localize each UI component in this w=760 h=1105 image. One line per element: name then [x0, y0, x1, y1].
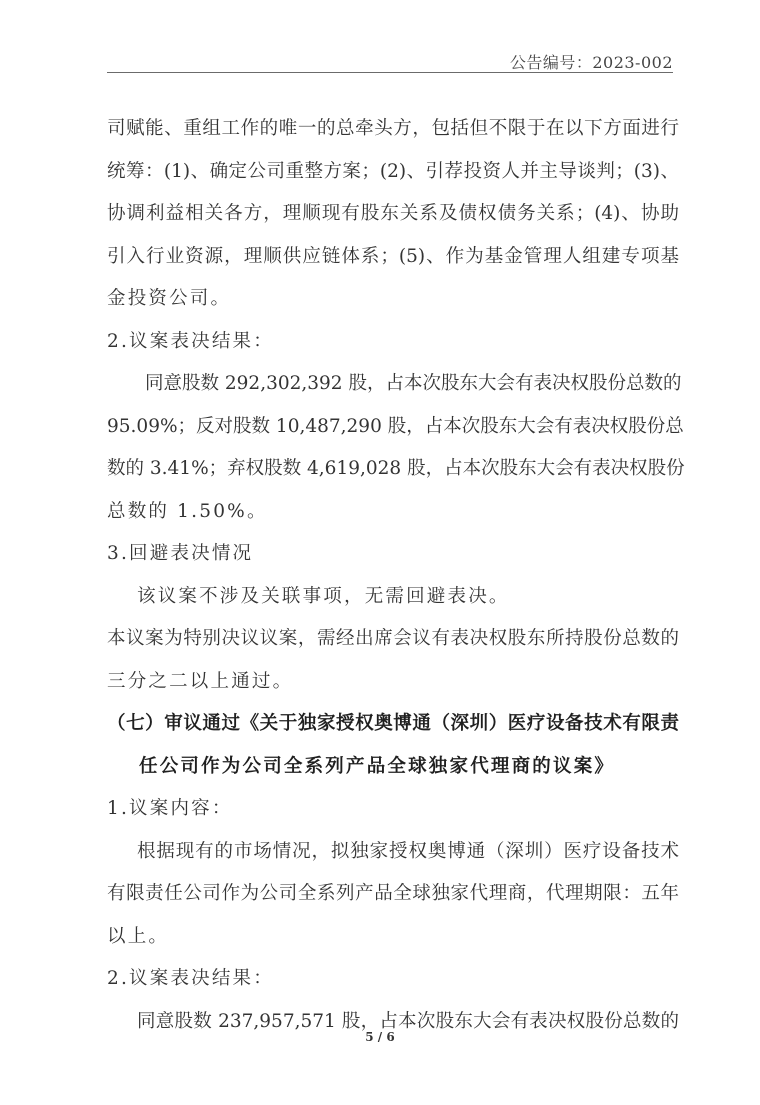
paragraph-line: 统筹：(1)、确定公司重整方案；(2)、引荐投资人并主导谈判；(3)、 [107, 151, 679, 194]
proposal-content-line: 以上。 [107, 916, 679, 959]
proposal-heading-continued: 任公司作为公司全系列产品全球独家代理商的议案》 [107, 746, 679, 789]
special-resolution-line: 本议案为特别决议议案，需经出席会议有表决权股东所持股份总数的 [107, 618, 679, 661]
paragraph-line: 金投资公司。 [107, 278, 679, 321]
page-header: 公告编号：2023-002 [107, 40, 673, 73]
proposal-content-line: 根据现有的市场情况，拟独家授权奥博通（深圳）医疗设备技术 [107, 831, 679, 874]
proposal-content-line: 有限责任公司作为公司全系列产品全球独家代理商，代理期限：五年 [107, 873, 679, 916]
announcement-number: 公告编号：2023-002 [510, 50, 673, 73]
recusal-text: 该议案不涉及关联事项，无需回避表决。 [107, 576, 679, 619]
page-number: 5 / 6 [0, 1030, 760, 1044]
vote-result-line: 数的 3.41%；弃权股数 4,619,028 股，占本次股东大会有表决权股份 [107, 448, 679, 491]
section-label-vote-result: 2.议案表决结果： [107, 321, 679, 364]
section-label-vote-result-2: 2.议案表决结果： [107, 958, 679, 1001]
section-label-proposal-content: 1.议案内容： [107, 788, 679, 831]
document-body: 司赋能、重组工作的唯一的总牵头方，包括但不限于在以下方面进行 统筹：(1)、确定… [107, 108, 679, 1043]
paragraph-line: 协调利益相关各方，理顺现有股东关系及债权债务关系；(4)、协助 [107, 193, 679, 236]
proposal-heading: （七）审议通过《关于独家授权奥博通（深圳）医疗设备技术有限责 [107, 703, 679, 746]
vote-result-line: 95.09%；反对股数 10,487,290 股，占本次股东大会有表决权股份总 [107, 406, 679, 449]
section-label-recusal: 3.回避表决情况 [107, 533, 679, 576]
special-resolution-line: 三分之二以上通过。 [107, 661, 679, 704]
vote-result-line: 总数的 1.50%。 [107, 491, 679, 534]
paragraph-line: 引入行业资源，理顺供应链体系；(5)、作为基金管理人组建专项基 [107, 236, 679, 279]
vote-result-line: 同意股数 292,302,392 股，占本次股东大会有表决权股份总数的 [107, 363, 679, 406]
paragraph-line: 司赋能、重组工作的唯一的总牵头方，包括但不限于在以下方面进行 [107, 108, 679, 151]
